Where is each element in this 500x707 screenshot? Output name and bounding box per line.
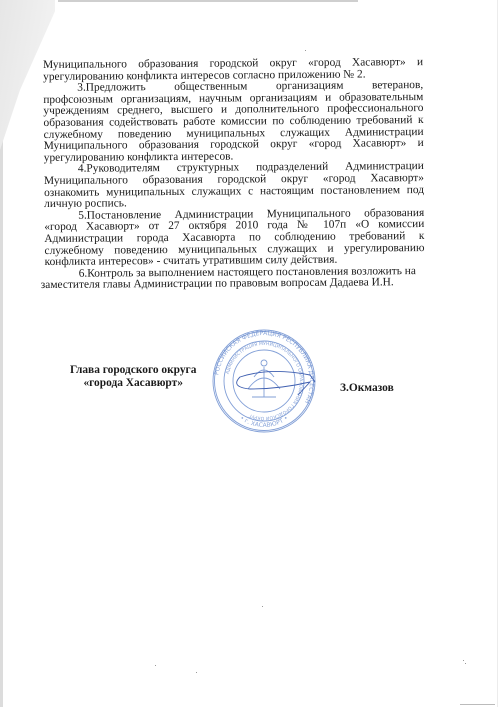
- stamp-seal-icon: РОССИЙСКАЯ ФЕДЕРАЦИЯ РЕСПУБЛИКА ДАГЕСТАН…: [210, 327, 318, 435]
- paragraph-item-5: 5.Постановление Администрации Муниципаль…: [44, 208, 424, 269]
- paragraph-item-3: 3.Предложить общественным организациям в…: [43, 80, 424, 164]
- document-body: Муниципального образования городской окр…: [43, 57, 425, 292]
- text-line: заместителя главы Администрации по право…: [41, 277, 425, 292]
- signatory-title-line2: «города Хасавюрт»: [70, 377, 196, 390]
- signatory-title: Глава городского округа «города Хасавюрт…: [70, 364, 196, 390]
- official-stamp: РОССИЙСКАЯ ФЕДЕРАЦИЯ РЕСПУБЛИКА ДАГЕСТАН…: [210, 327, 318, 435]
- scan-right-edge: [497, 0, 498, 707]
- signatory-title-line1: Глава городского округа: [70, 364, 196, 377]
- scan-top-edge: [58, 0, 358, 2]
- paragraph-item-4: 4.Руководителям структурных подразделени…: [44, 161, 424, 210]
- paragraph-item-6: 6.Контроль за выполнением настоящего пос…: [45, 266, 425, 292]
- signatory-name: З.Окмазов: [340, 382, 394, 395]
